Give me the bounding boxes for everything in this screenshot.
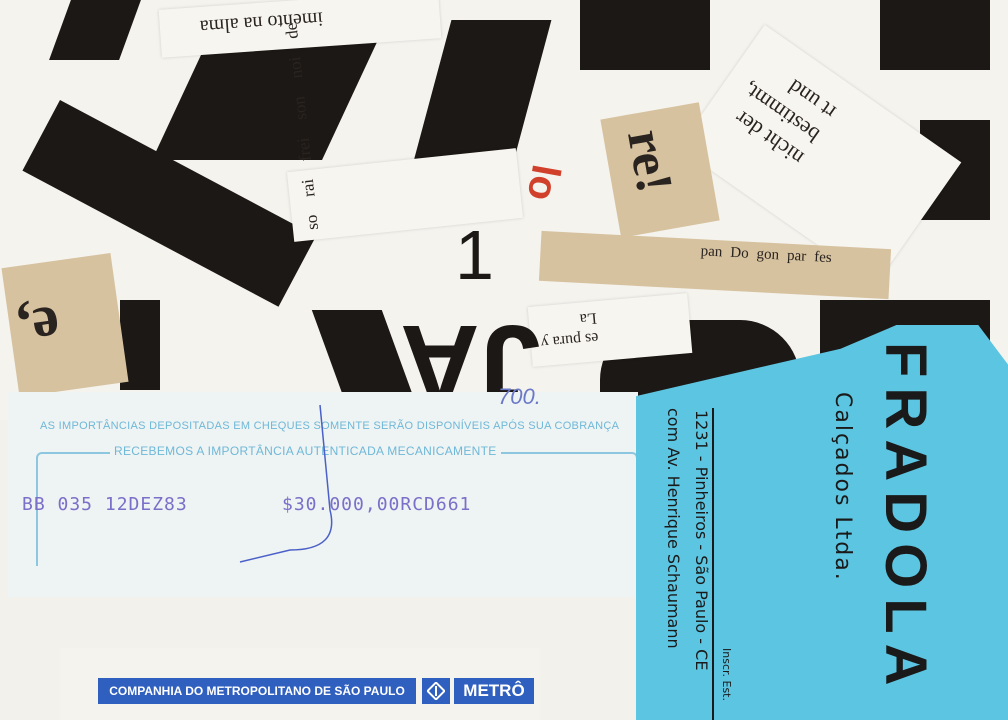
black-shape [580,0,710,70]
clipping-text: e, [14,291,65,365]
clipping-german-text: nicht der bestimmt, rt und [721,53,841,172]
black-shape [49,0,141,60]
metro-logo-icon [422,678,450,704]
word: de [281,22,303,40]
black-shape [152,40,378,160]
ticket-brand: FRADOLA [872,342,939,696]
ticket-registration: Inscr. Est. [720,648,733,701]
word: fes [814,249,832,267]
black-shape [880,0,990,70]
word: son [289,95,311,121]
handwritten-signature [230,400,360,570]
ticket-address-line-2: com Av. Henrique Schaumann [664,408,683,649]
clipping-text: imento na alma [199,6,324,38]
ticket-company: Calçados Ltda. [830,392,855,582]
metro-ticket: COMPANHIA DO METROPOLITANO DE SÃO PAULO … [60,648,540,720]
clipping-tan-left: e, [1,253,128,397]
ticket-address-line-1: 1231 - Pinheiros - São Paulo - CE [692,410,711,670]
clipping-numeral: 1 [455,215,494,295]
handwritten-amount: 700. [498,384,541,410]
column-words-2: pan Do gon par fes [700,243,832,267]
metro-company-label: COMPANHIA DO METROPOLITANO DE SÃO PAULO [98,678,416,704]
word: so [302,214,323,231]
clipping-spanish-text: es pura y La [538,307,599,352]
word: frei [294,137,316,163]
clipping-text: re! [615,125,684,197]
metro-brand: METRÔ [454,678,534,704]
clipping-red-text: lo [518,161,568,204]
text-line: es pura y [540,327,599,352]
ticket-divider [712,408,714,720]
clipping-tan-piece: re! [600,102,719,238]
word: pan [700,243,723,261]
word: gon [756,246,779,264]
word: Do [730,245,749,263]
word: noi [285,56,307,80]
word: rai [298,178,320,198]
word: par [787,248,807,266]
mechanical-stamp-date: BB 035 12DEZ83 [22,494,188,515]
